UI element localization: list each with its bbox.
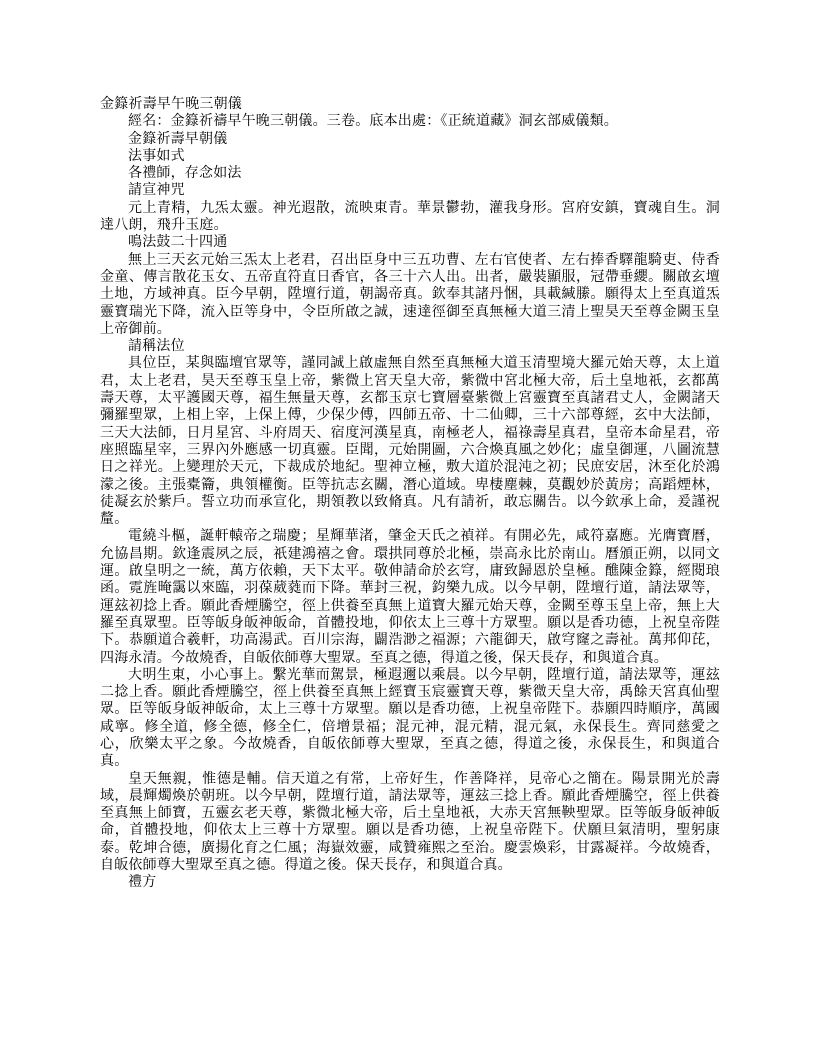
paragraph-text: 具位臣，某與臨壇官眾等，謹同誠上啟虛無自然至真無極大道玉清聖境大羅元始天尊，太上… — [100, 355, 720, 528]
paragraph-heading: 請稱法位 — [100, 338, 720, 355]
paragraph-text: 大明生東，小心事上。繫光華而駕景，極遐邇以乘晨。以今早朝，陞壇行道，請法眾等，運… — [100, 667, 720, 771]
document-body: 金籙祈壽早午晚三朝儀 經名：金籙祈禱早午晚三朝儀。三卷。底本出處：《正統道藏》洞… — [100, 96, 720, 892]
paragraph-heading: 禮方 — [100, 874, 720, 891]
paragraph-text: 無上三天玄元始三炁太上老君，召出臣身中三五功曹、左右官使者、左右捧香驛龍騎吏、侍… — [100, 252, 720, 338]
paragraph-text: 皇天無親，惟德是輔。信天道之有常，上帝好生，作善降祥，見帝心之簡在。陽景開光於壽… — [100, 771, 720, 875]
document-title: 金籙祈壽早午晚三朝儀 — [100, 96, 720, 113]
paragraph-section-title: 金籙祈壽早朝儀 — [100, 131, 720, 148]
paragraph-incantation: 元上青精，九炁太靈。神光遐散，流映東青。華景鬱勃，灌我身形。宮府安鎮，寶魂自生。… — [100, 200, 720, 235]
document-page: 金籙祈壽早午晚三朝儀 經名：金籙祈禱早午晚三朝儀。三卷。底本出處：《正統道藏》洞… — [0, 0, 816, 1056]
paragraph-text: 電繞斗樞，誕軒轅帝之瑞慶；星輝華渚，肇金天氏之禎祥。有開必先，咸符嘉應。光膺寶曆… — [100, 528, 720, 666]
paragraph-colophon: 經名：金籙祈禱早午晚三朝儀。三卷。底本出處：《正統道藏》洞玄部威儀類。 — [100, 113, 720, 130]
paragraph-heading: 鳴法鼓二十四通 — [100, 234, 720, 251]
paragraph-heading: 請宣神咒 — [100, 182, 720, 199]
paragraph-heading: 各禮師，存念如法 — [100, 165, 720, 182]
paragraph-heading: 法事如式 — [100, 148, 720, 165]
